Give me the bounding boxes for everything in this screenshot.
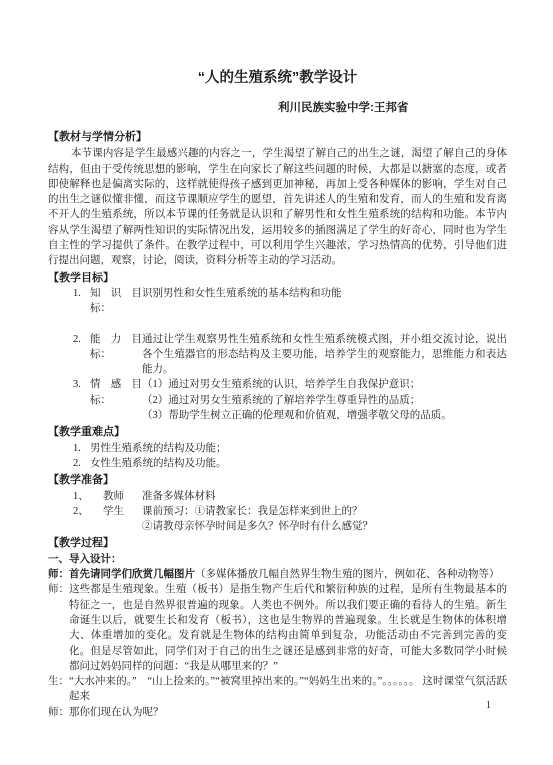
section-heading-key-points: 【教学重难点】 [48, 425, 507, 440]
section-heading-process: 【教学过程】 [48, 536, 507, 551]
preparation-line: 课前预习：①请教家长：我是怎样来到世上的？ [142, 504, 507, 519]
process-step-heading: 一、导入设计： [48, 552, 507, 567]
preparation-role: 学生 [103, 504, 142, 535]
document-title: “人的生殖系统”教学设计 [48, 68, 507, 88]
key-point-item: 2. 女性生殖系统的结构及功能。 [73, 456, 507, 471]
key-point-item: 1. 男性生殖系统的结构及功能； [73, 441, 507, 456]
key-point-number: 2. [73, 456, 90, 471]
preparation-row-teacher: 1、 教师 准备多媒体材料 [73, 489, 507, 504]
key-point-text: 男性生殖系统的结构及功能； [90, 441, 507, 456]
objective-sub-item: （3）帮助学生树立正确的伦理观和价值观，增强孝敬父母的品质。 [142, 408, 507, 423]
objective-text: 识别男性和女性生殖系统的基本结构和功能 [142, 286, 507, 317]
preparation-content: 准备多媒体材料 [142, 489, 507, 504]
analysis-paragraph: 本节课内容是学生最感兴趣的内容之一，学生渴望了解自己的出生之谜，渴望了解自己的身… [48, 146, 507, 268]
preparation-content: 课前预习：①请教家长：我是怎样来到世上的？②请教母亲怀孕时间是多久？怀孕时有什么… [142, 504, 507, 535]
key-point-number: 1. [73, 441, 90, 456]
objective-sub-item: （2）通过对男女生殖系统的了解培养学生尊重异性的品质； [142, 393, 507, 408]
preparation-line: ②请教母亲怀孕时间是多久？怀孕时有什么感觉？ [142, 519, 507, 534]
dialogue-students: 生： “大水冲来的。” “山上捡来的。”“被窝里掉出来的。”“妈妈生出来的。”。… [48, 674, 507, 705]
objective-sub-list: （1）通过对男女生殖系统的认识，培养学生自我保护意识；（2）通过对男女生殖系统的… [142, 377, 507, 423]
preparation-row-student: 2、 学生 课前预习：①请教家长：我是怎样来到世上的？②请教母亲怀孕时间是多久？… [73, 504, 507, 535]
dialogue-speaker: 师： [48, 582, 69, 674]
preparation-role: 教师 [103, 489, 142, 504]
section-heading-objectives: 【教学目标】 [48, 271, 507, 286]
preparation-line: 准备多媒体材料 [142, 489, 507, 504]
objective-number: 1. [73, 286, 90, 317]
dialogue-text: 首先请同学们欣赏几幅图片（多媒体播放几幅自然界生物生殖的图片，例如花、各种动物等… [69, 567, 507, 582]
objective-sub-item: （1）通过对男女生殖系统的认识，培养学生自我保护意识； [142, 377, 507, 392]
section-heading-preparation: 【教学准备】 [48, 473, 507, 488]
objective-number: 2. [73, 332, 90, 378]
preparation-number: 1、 [73, 489, 103, 504]
objective-item-knowledge: 1. 知识目标： 识别男性和女性生殖系统的基本结构和功能 [73, 286, 507, 317]
dialogue-teacher-2: 师： 这些都是生殖现象。生殖（板书）是指生物产生后代和繁衍种族的过程，是所有生物… [48, 582, 507, 674]
dialogue-text: 这些都是生殖现象。生殖（板书）是指生物产生后代和繁衍种族的过程，是所有生物最基本… [69, 582, 507, 674]
dialogue-speaker: 师： [48, 567, 69, 582]
document-content: “人的生殖系统”教学设计 利川民族实验中学:王邦省 【教材与学情分析】 本节课内… [48, 68, 507, 720]
dialogue-speaker: 师： [48, 705, 69, 720]
preparation-number: 2、 [73, 504, 103, 535]
dialogue-teacher-1: 师： 首先请同学们欣赏几幅图片（多媒体播放几幅自然界生物生殖的图片，例如花、各种… [48, 567, 507, 582]
section-heading-analysis: 【教材与学情分析】 [48, 130, 507, 145]
author-line: 利川民族实验中学:王邦省 [48, 100, 507, 116]
dialogue-rest: （多媒体播放几幅自然界生物生殖的图片，例如花、各种动物等） [195, 569, 500, 580]
objective-label: 能力目标： [90, 332, 142, 378]
page-number: 1 [486, 700, 491, 712]
dialogue-bold-lead: 首先请同学们欣赏几幅图片 [69, 568, 195, 580]
dialogue-text: “大水冲来的。” “山上捡来的。”“被窝里掉出来的。”“妈妈生出来的。”。。。。… [69, 674, 507, 705]
dialogue-speaker: 生： [48, 674, 69, 705]
objective-label: 情感目标： [90, 377, 142, 423]
dialogue-text: 那你们现在认为呢？ [69, 705, 507, 720]
objective-item-ability: 2. 能力目标： 通过让学生观察男性生殖系统和女性生殖系统模式图，并小组交流讨论… [73, 332, 507, 378]
dialogue-teacher-3: 师： 那你们现在认为呢？ [48, 705, 507, 720]
objective-item-emotion: 3. 情感目标： （1）通过对男女生殖系统的认识，培养学生自我保护意识；（2）通… [73, 377, 507, 423]
objective-label: 知识目标： [90, 286, 142, 317]
objective-text: 通过让学生观察男性生殖系统和女性生殖系统模式图，并小组交流讨论，说出各个生殖器官… [142, 332, 507, 378]
document-page: “人的生殖系统”教学设计 利川民族实验中学:王邦省 【教材与学情分析】 本节课内… [0, 0, 553, 765]
objective-number: 3. [73, 377, 90, 423]
key-point-text: 女性生殖系统的结构及功能。 [90, 456, 507, 471]
